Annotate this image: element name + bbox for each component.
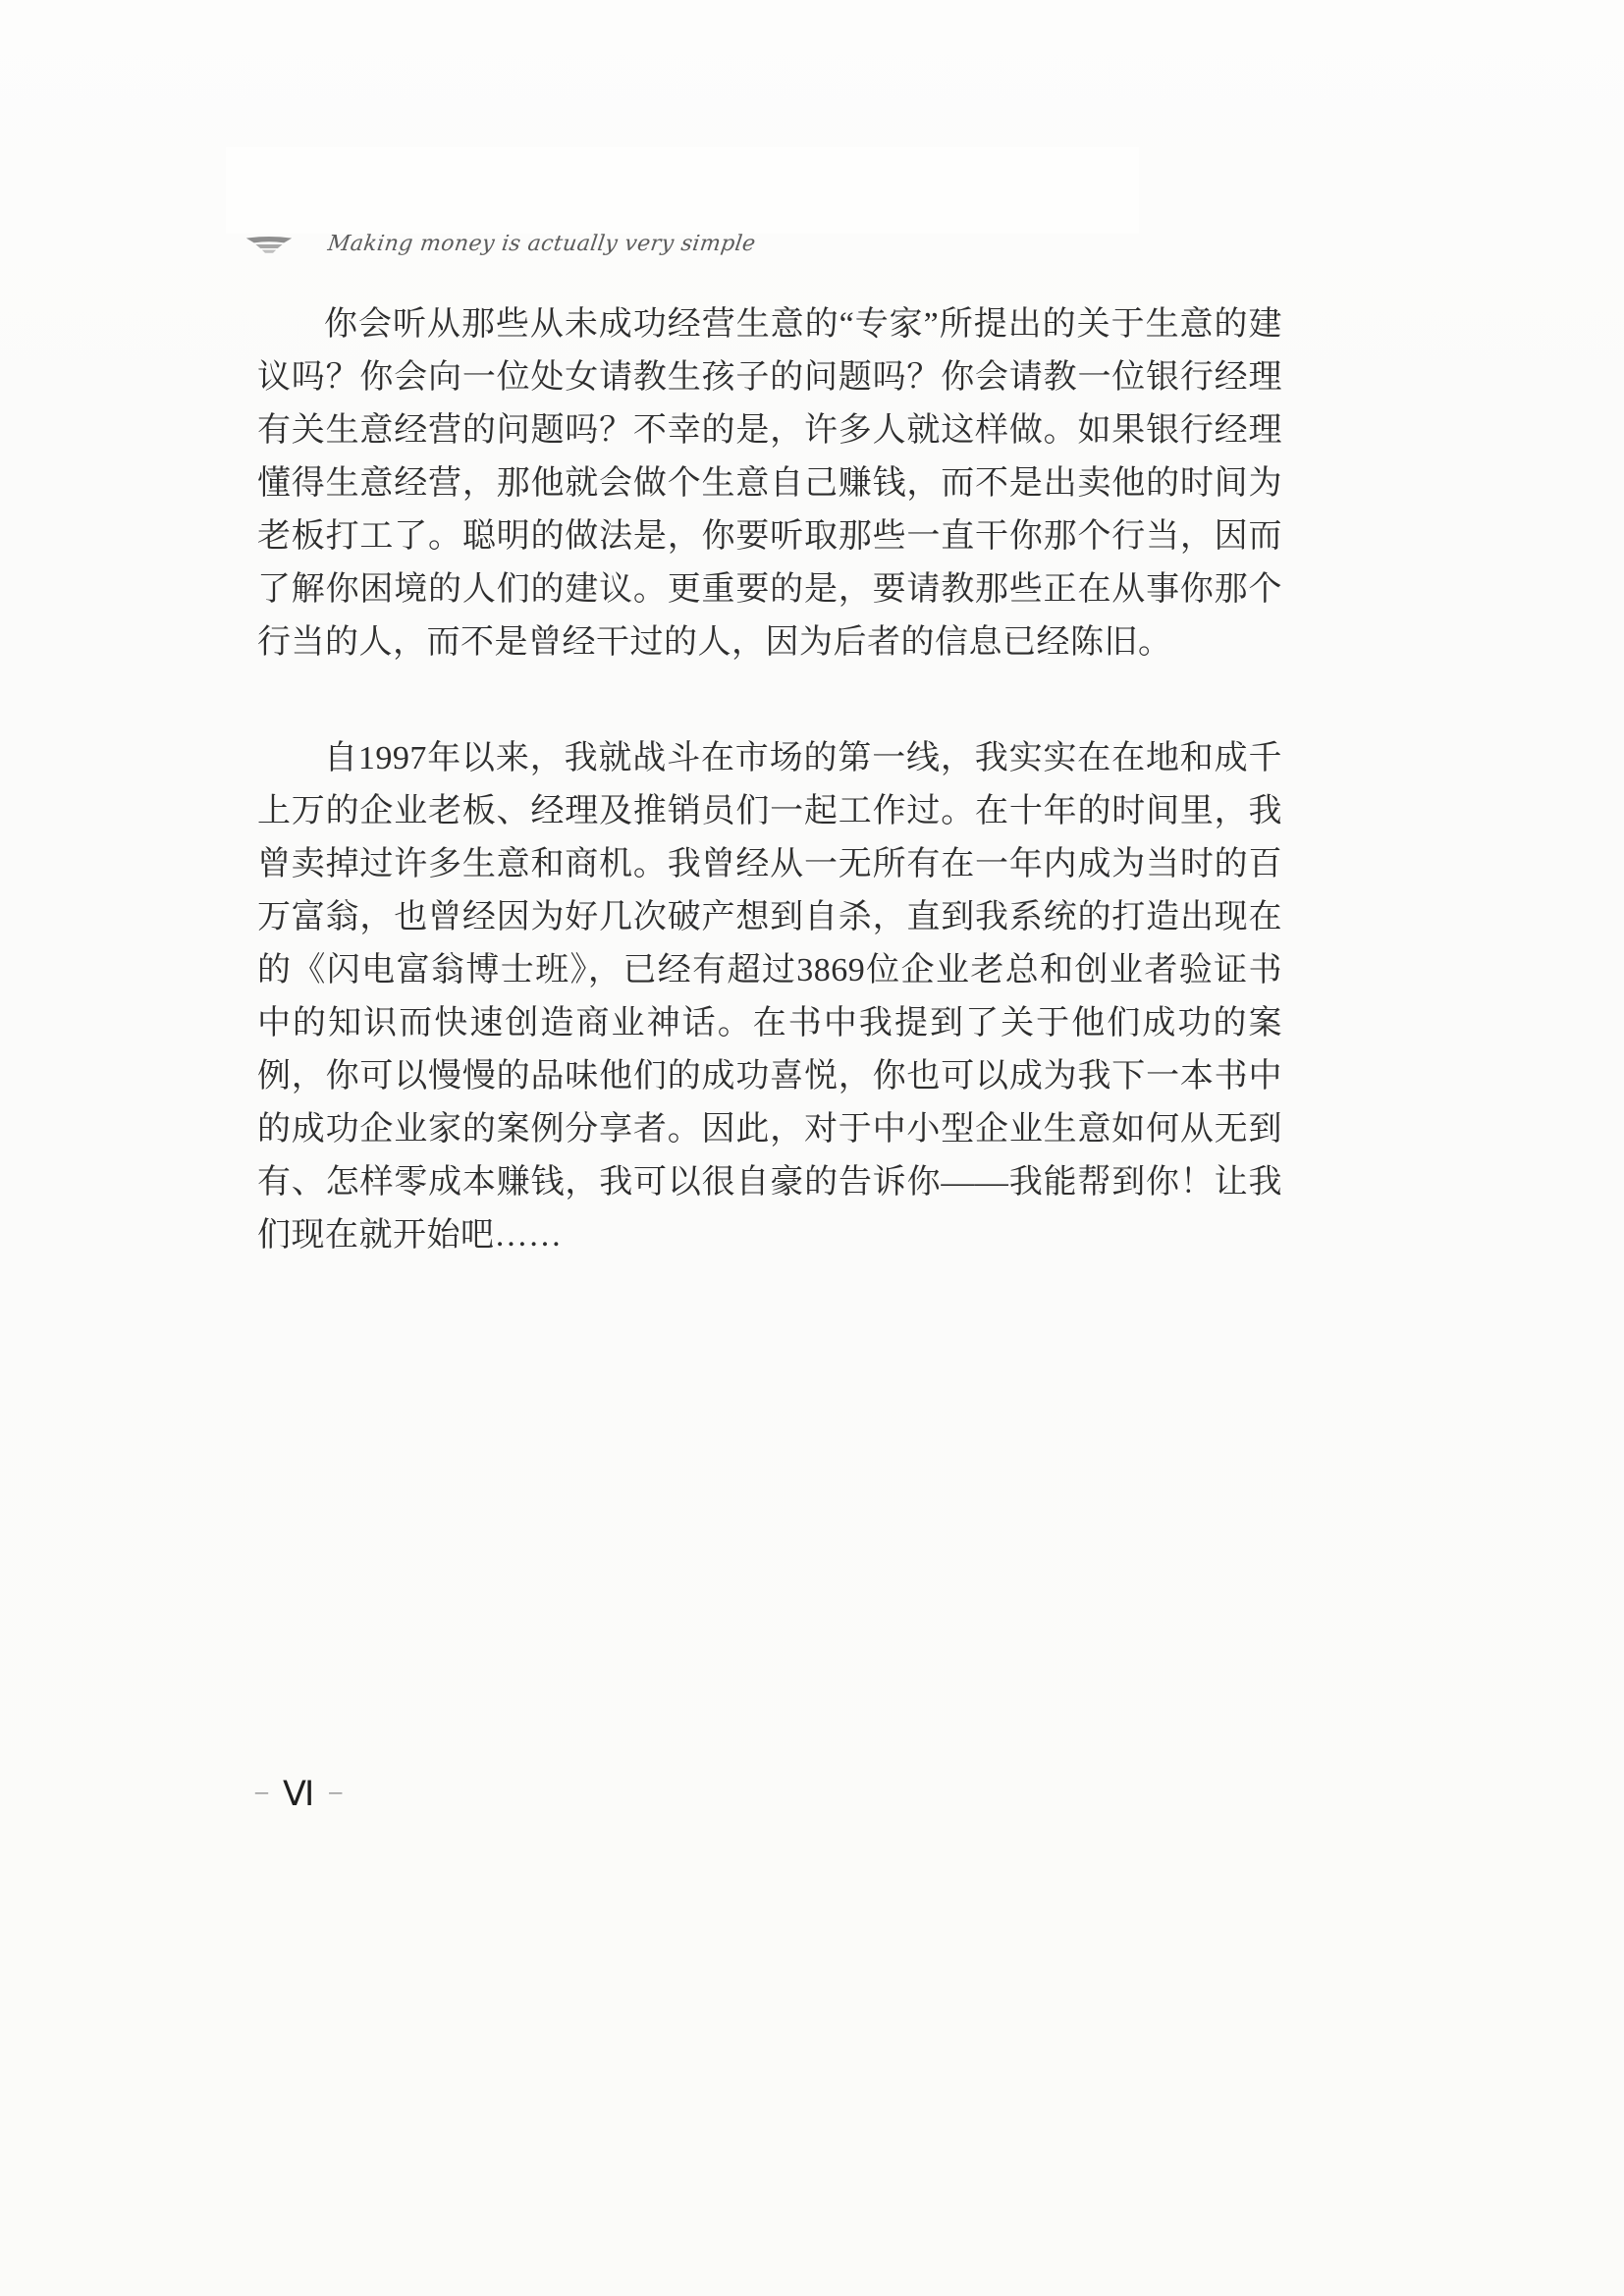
layered-fan-logo-icon <box>245 234 293 255</box>
folio-dash-right: – <box>329 1779 342 1804</box>
page-footer: – Ⅵ – <box>255 1777 342 1811</box>
page-header: Making money is actually very simple <box>245 232 755 256</box>
paragraph-2: 自1997年以来，我就战斗在市场的第一线，我实实在在地和成千上万的企业老板、经理… <box>257 732 1282 1262</box>
header-tagline: Making money is actually very simple <box>326 232 757 256</box>
folio-dash-left: – <box>255 1779 268 1804</box>
page-number: Ⅵ <box>283 1777 314 1811</box>
book-page: Making money is actually very simple 你会听… <box>0 0 1624 2296</box>
page-content: 你会听从那些从未成功经营生意的“专家”所提出的关于生意的建议吗？你会向一位处女请… <box>257 298 1282 1262</box>
paragraph-1: 你会听从那些从未成功经营生意的“专家”所提出的关于生意的建议吗？你会向一位处女请… <box>257 298 1282 669</box>
